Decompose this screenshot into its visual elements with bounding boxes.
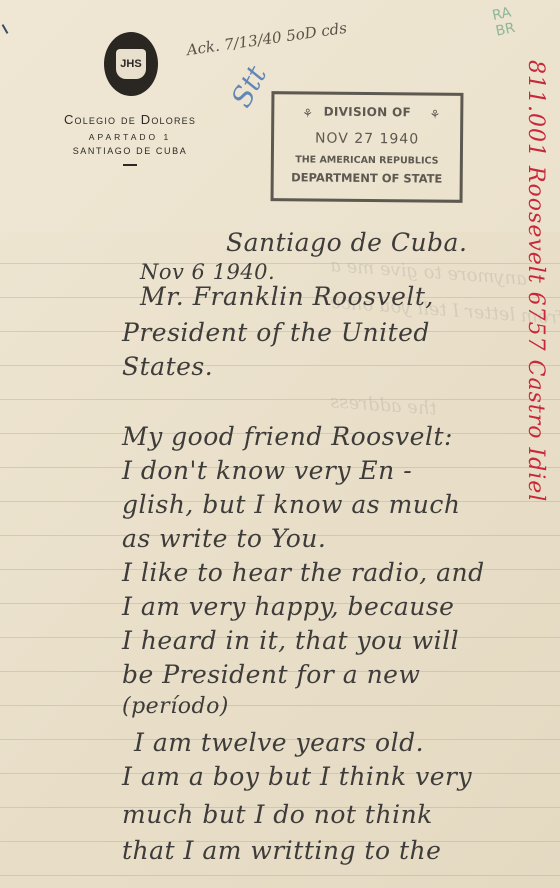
- body-line: (período): [122, 694, 229, 719]
- body-line: as write to You.: [122, 524, 326, 553]
- school-seal-logo: JHS: [104, 32, 158, 96]
- stamp-date: NOV 27 1940: [274, 130, 460, 148]
- body-line: I am very happy, because: [122, 592, 454, 621]
- red-file-annotation: 811.001 Roosevelt 6757 Castro Idiel: [523, 60, 548, 780]
- letterhead-city: Santiago de Cuba: [20, 146, 240, 156]
- body-line: I am twelve years old.: [134, 728, 424, 757]
- letter-date: Nov 6 1940.: [140, 260, 275, 284]
- body-line: I like to hear the radio, and: [122, 558, 485, 587]
- body-line: I am a boy but I think very: [122, 762, 472, 791]
- seal-monogram: JHS: [116, 49, 146, 79]
- stamp-division-name: THE AMERICAN REPUBLICS: [274, 154, 460, 167]
- addressee-line: President of the United: [122, 318, 430, 347]
- stamp-department: DEPARTMENT OF STATE: [274, 170, 460, 186]
- body-line: glish, but I know as much: [122, 490, 460, 519]
- addressee-line: Mr. Franklin Roosvelt,: [140, 282, 434, 311]
- body-line: My good friend Roosvelt:: [122, 422, 453, 451]
- body-line: that I am writting to the: [122, 836, 441, 865]
- body-line: be President for a new: [122, 660, 420, 689]
- body-line: I heard in it, that you will: [122, 626, 459, 655]
- letterhead-divider: [123, 164, 137, 166]
- letterhead-school-name: Colegio de Dolores: [20, 112, 240, 127]
- body-line: I don't know very En -: [122, 456, 412, 485]
- received-stamp: ⚘ ⚘ DIVISION OF NOV 27 1940 THE AMERICAN…: [271, 91, 464, 203]
- letterhead-address: Apartado 1: [20, 132, 240, 142]
- addressee-line: States.: [122, 352, 213, 381]
- stamp-division: DIVISION OF: [274, 104, 460, 120]
- body-line: much but I do not think: [122, 800, 433, 829]
- letter-place: Santiago de Cuba.: [226, 228, 467, 257]
